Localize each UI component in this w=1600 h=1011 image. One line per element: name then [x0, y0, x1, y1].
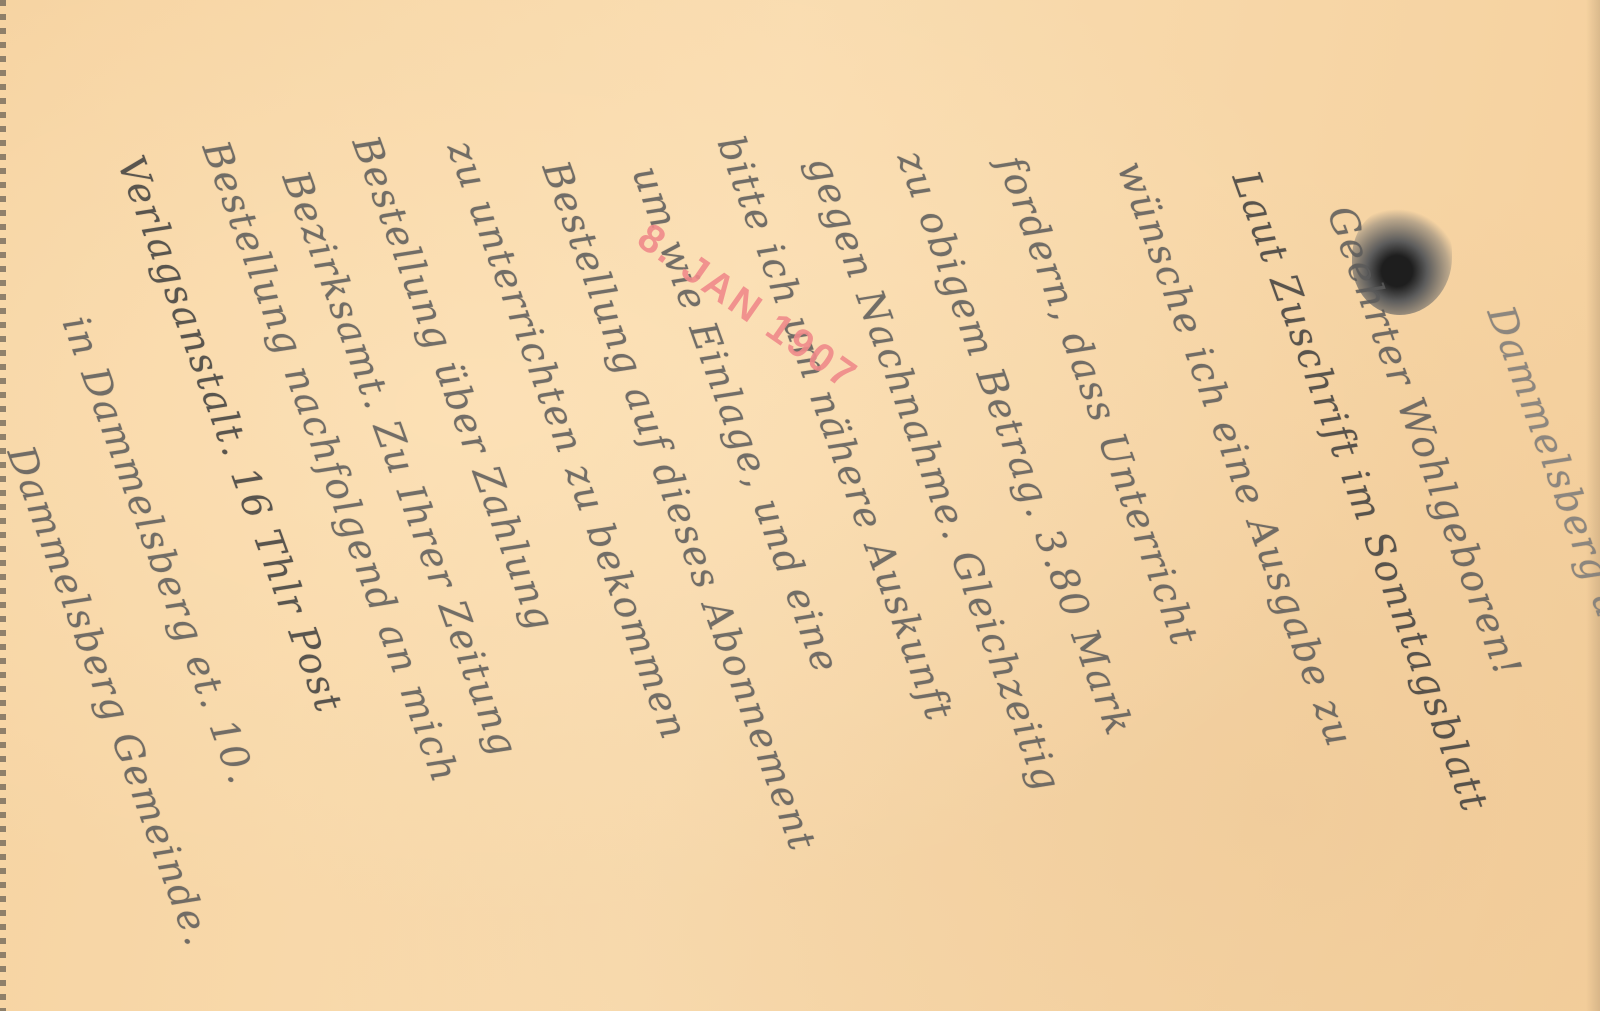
perforated-left-edge [0, 0, 6, 1011]
